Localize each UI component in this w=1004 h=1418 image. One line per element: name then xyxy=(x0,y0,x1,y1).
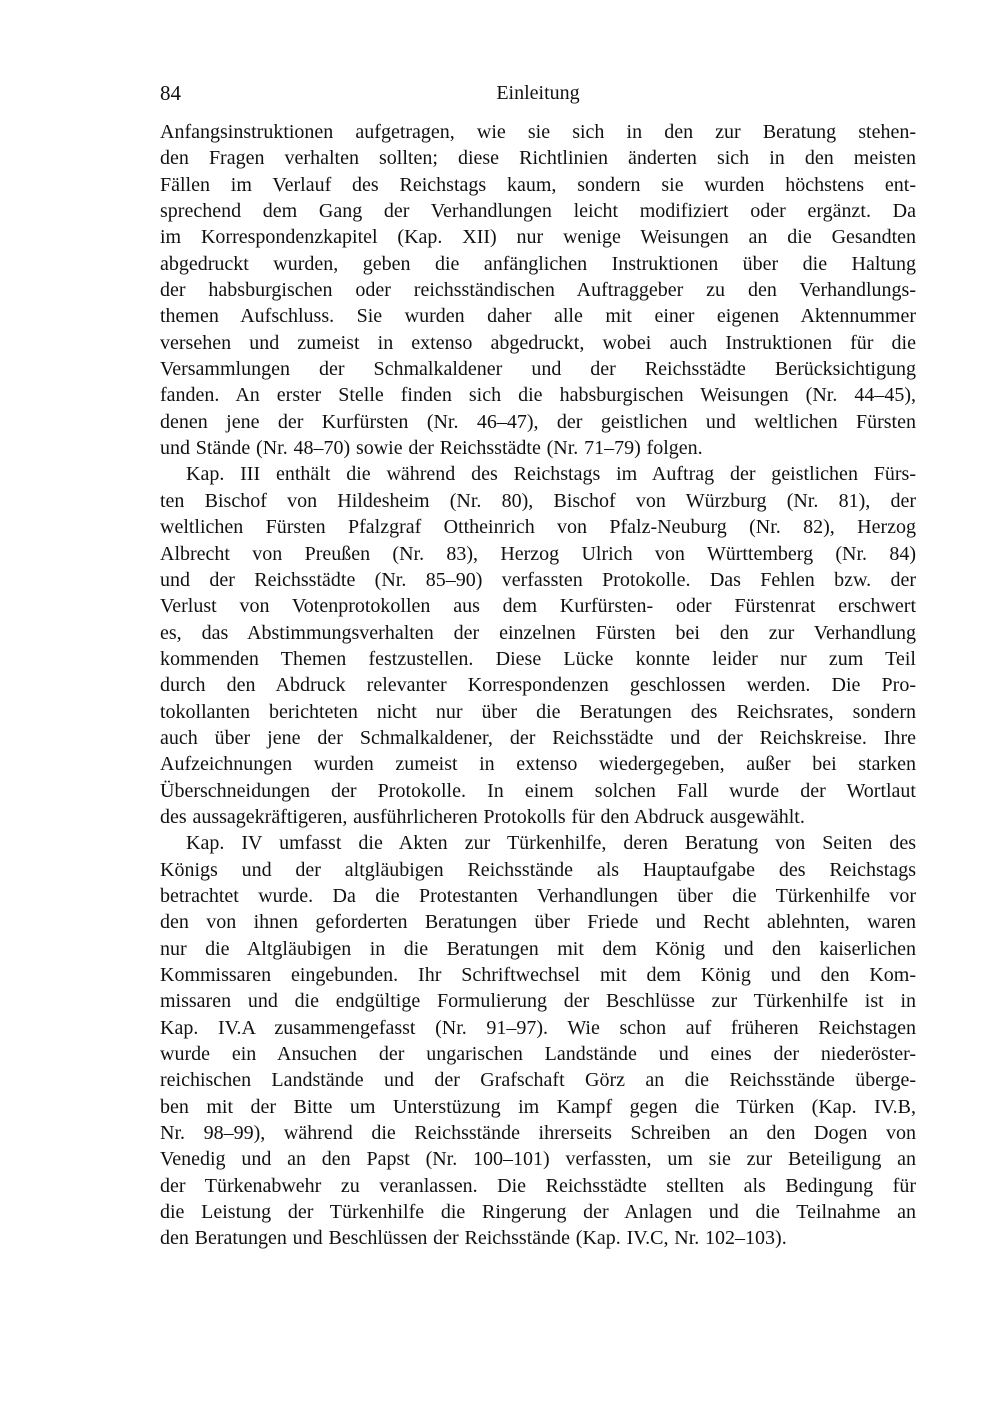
text-line: es, das Abstimmungsverhalten der einzeln… xyxy=(160,620,916,646)
text-line: Kommissaren eingebunden. Ihr Schriftwech… xyxy=(160,962,916,988)
text-line: ben mit der Bitte um Unterstüzung im Kam… xyxy=(160,1094,916,1120)
text-line: der Türkenabwehr zu veranlassen. Die Rei… xyxy=(160,1173,916,1199)
text-line: den von ihnen geforderten Beratungen übe… xyxy=(160,909,916,935)
body-text: Anfangsinstruktionen aufgetragen, wie si… xyxy=(160,119,916,1252)
text-line: ten Bischof von Hildesheim (Nr. 80), Bis… xyxy=(160,488,916,514)
text-line: im Korrespondenzkapitel (Kap. XII) nur w… xyxy=(160,224,916,250)
text-line: kommenden Themen festzustellen. Diese Lü… xyxy=(160,646,916,672)
text-line: Albrecht von Preußen (Nr. 83), Herzog Ul… xyxy=(160,541,916,567)
text-line: sprechend dem Gang der Verhandlungen lei… xyxy=(160,198,916,224)
text-line: denen jene der Kurfürsten (Nr. 46–47), d… xyxy=(160,409,916,435)
text-line: versehen und zumeist in extenso abgedruc… xyxy=(160,330,916,356)
text-line: fanden. An erster Stelle finden sich die… xyxy=(160,382,916,408)
text-line: Versammlungen der Schmalkaldener und der… xyxy=(160,356,916,382)
text-line: Kap. III enthält die während des Reichst… xyxy=(160,461,916,487)
paragraph: Kap. IV umfasst die Akten zur Türkenhilf… xyxy=(160,830,916,1252)
paragraph: Anfangsinstruktionen aufgetragen, wie si… xyxy=(160,119,916,461)
text-line: wurde ein Ansuchen der ungarischen Lands… xyxy=(160,1041,916,1067)
paragraph: Kap. III enthält die während des Reichst… xyxy=(160,461,916,830)
text-line: Königs und der altgläubigen Reichsstände… xyxy=(160,857,916,883)
text-line: abgedruckt wurden, geben die anfängliche… xyxy=(160,251,916,277)
text-line: Kap. IV.A zusammengefasst (Nr. 91–97). W… xyxy=(160,1015,916,1041)
book-page: 84 Einleitung Anfangsinstruktionen aufge… xyxy=(0,0,1004,1418)
text-line: themen Aufschluss. Sie wurden daher alle… xyxy=(160,303,916,329)
text-line: Venedig und an den Papst (Nr. 100–101) v… xyxy=(160,1146,916,1172)
text-line: Anfangsinstruktionen aufgetragen, wie si… xyxy=(160,119,916,145)
text-line: auch über jene der Schmalkaldener, der R… xyxy=(160,725,916,751)
text-line: durch den Abdruck relevanter Korresponde… xyxy=(160,672,916,698)
text-line: den Beratungen und Beschlüssen der Reich… xyxy=(160,1225,916,1251)
text-line: Überschneidungen der Protokolle. In eine… xyxy=(160,778,916,804)
text-line: Verlust von Votenprotokollen aus dem Kur… xyxy=(160,593,916,619)
text-line: tokollanten berichteten nicht nur über d… xyxy=(160,699,916,725)
text-line: den Fragen verhalten sollten; diese Rich… xyxy=(160,145,916,171)
text-line: Fällen im Verlauf des Reichstags kaum, s… xyxy=(160,172,916,198)
text-line: und Stände (Nr. 48–70) sowie der Reichss… xyxy=(160,435,916,461)
text-line: betrachtet wurde. Da die Protestanten Ve… xyxy=(160,883,916,909)
text-line: Aufzeichnungen wurden zumeist in extenso… xyxy=(160,751,916,777)
text-line: Kap. IV umfasst die Akten zur Türkenhilf… xyxy=(160,830,916,856)
text-line: des aussagekräftigeren, ausführlicheren … xyxy=(160,804,916,830)
text-line: nur die Altgläubigen in die Beratungen m… xyxy=(160,936,916,962)
running-header: 84 Einleitung xyxy=(160,80,916,107)
text-line: der habsburgischen oder reichsständische… xyxy=(160,277,916,303)
running-header-title: Einleitung xyxy=(496,80,579,107)
text-line: reichischen Landstände und der Grafschaf… xyxy=(160,1067,916,1093)
text-line: die Leistung der Türkenhilfe die Ringeru… xyxy=(160,1199,916,1225)
text-line: weltlichen Fürsten Pfalzgraf Ottheinrich… xyxy=(160,514,916,540)
text-line: und der Reichsstädte (Nr. 85–90) verfass… xyxy=(160,567,916,593)
text-line: Nr. 98–99), während die Reichsstände ihr… xyxy=(160,1120,916,1146)
page-number: 84 xyxy=(160,80,181,107)
text-line: missaren und die endgültige Formulierung… xyxy=(160,988,916,1014)
